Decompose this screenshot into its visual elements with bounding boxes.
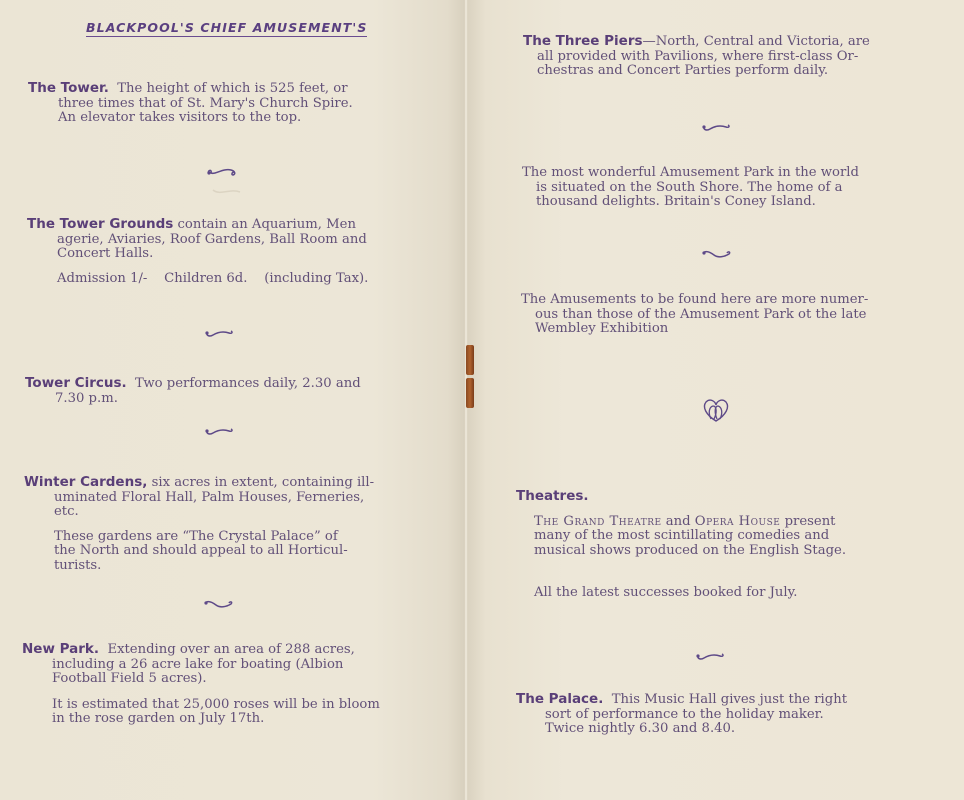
page-header: BLACKPOOL'S CHIEF AMUSEMENT'S xyxy=(86,20,367,37)
entry-text: agerie, Aviaries, Roof Gardens, Ball Roo… xyxy=(27,233,419,248)
entry-amusement-park: The most wonderful Amusement Park in the… xyxy=(522,166,922,210)
entry-the-tower: The Tower. The height of which is 525 fe… xyxy=(28,81,420,126)
entry-theatres: Theatres. The Grand Theatre and Opera Ho… xyxy=(516,489,916,601)
venue-name: Opera House xyxy=(695,514,781,529)
entry-text: in the rose garden on July 17th. xyxy=(22,712,414,727)
entry-text: and xyxy=(662,514,695,529)
entry-tower-grounds: The Tower Grounds contain an Aquarium, M… xyxy=(27,217,419,286)
entry-text: All the latest successes booked for July… xyxy=(516,586,916,601)
entry-text: etc. xyxy=(24,505,416,520)
entry-text: turists. xyxy=(24,559,416,574)
children-price: Children 6d. xyxy=(164,271,247,286)
entry-text: The Amusements to be found here are more… xyxy=(521,293,921,308)
entry-text: three times that of St. Mary's Church Sp… xyxy=(28,97,420,112)
entry-title: Theatres. xyxy=(516,488,589,504)
entry-text: musical shows produced on the English St… xyxy=(516,544,916,559)
entry-text: These gardens are “The Crystal Palace” o… xyxy=(24,530,416,545)
entry-the-palace: The Palace. This Music Hall gives just t… xyxy=(516,692,916,737)
entry-text: This Music Hall gives just the right xyxy=(612,692,847,707)
entry-text: It is estimated that 25,000 roses will b… xyxy=(22,698,414,713)
entry-text: The height of which is 525 feet, or xyxy=(117,81,347,96)
entry-title: The Palace. xyxy=(516,691,603,707)
entry-text: chestras and Concert Parties perform dai… xyxy=(523,64,923,79)
scroll-flourish-icon xyxy=(210,183,244,195)
scroll-flourish-icon xyxy=(205,166,239,178)
entry-text: including a 26 acre lake for boating (Al… xyxy=(22,658,414,673)
entry-text: Football Field 5 acres). xyxy=(22,672,414,687)
entry-text: —North, Central and Victoria, are xyxy=(643,34,870,49)
admission-line: Admission 1/- Children 6d. (including Ta… xyxy=(27,272,419,287)
entry-text: An elevator takes visitors to the top. xyxy=(28,111,420,126)
entry-three-piers: The Three Piers—North, Central and Victo… xyxy=(523,34,923,79)
entry-text: sort of performance to the holiday maker… xyxy=(516,708,916,723)
knot-ornament-icon xyxy=(700,397,732,427)
scroll-flourish-icon xyxy=(203,327,237,339)
entry-text: Concert Halls. xyxy=(27,247,419,262)
entry-text: contain an Aquarium, Men xyxy=(178,217,356,232)
entry-text: ous than those of the Amusement Park ot … xyxy=(521,308,921,323)
entry-new-park: New Park. Extending over an area of 288 … xyxy=(22,642,414,727)
scroll-flourish-icon xyxy=(700,248,734,260)
entry-title: The Tower. xyxy=(28,80,109,96)
entry-amusements: The Amusements to be found here are more… xyxy=(521,293,921,337)
scroll-flourish-icon xyxy=(202,598,236,610)
entry-title: Winter Cardens, xyxy=(24,474,147,490)
scroll-flourish-icon xyxy=(203,425,237,437)
entry-winter-gardens: Winter Cardens, six acres in extent, con… xyxy=(24,475,416,573)
entry-title: Tower Circus. xyxy=(25,375,127,391)
scroll-flourish-icon xyxy=(694,650,728,662)
entry-text: is situated on the South Shore. The home… xyxy=(522,181,922,196)
entry-text: 7.30 p.m. xyxy=(25,392,417,407)
scroll-flourish-icon xyxy=(700,121,734,133)
entry-text: Extending over an area of 288 acres, xyxy=(107,642,354,657)
entry-title: The Tower Grounds xyxy=(27,216,173,232)
entry-tower-circus: Tower Circus. Two performances daily, 2.… xyxy=(25,376,417,406)
staple-icon xyxy=(466,378,474,408)
entry-text: the North and should appeal to all Horti… xyxy=(24,544,416,559)
entry-text: Wembley Exhibition xyxy=(521,322,921,337)
entry-title: The Three Piers xyxy=(523,33,643,49)
entry-text: uminated Floral Hall, Palm Houses, Ferne… xyxy=(24,491,416,506)
entry-text: all provided with Pavilions, where first… xyxy=(523,50,923,65)
entry-text: thousand delights. Britain's Coney Islan… xyxy=(522,195,922,210)
entry-text: The Grand Theatre and Opera House presen… xyxy=(516,515,916,530)
entry-text: The most wonderful Amusement Park in the… xyxy=(522,166,922,181)
entry-text: present xyxy=(780,514,835,529)
tax-note: (including Tax). xyxy=(264,271,368,286)
entry-title: New Park. xyxy=(22,641,99,657)
entry-text: many of the most scintillating comedies … xyxy=(516,529,916,544)
entry-text: Two performances daily, 2.30 and xyxy=(135,376,361,391)
entry-text: six acres in extent, containing ill- xyxy=(152,475,375,490)
venue-name: The Grand Theatre xyxy=(534,514,662,529)
admission-price: Admission 1/- xyxy=(57,271,147,286)
staple-icon xyxy=(466,345,474,375)
entry-text: Twice nightly 6.30 and 8.40. xyxy=(516,722,916,737)
